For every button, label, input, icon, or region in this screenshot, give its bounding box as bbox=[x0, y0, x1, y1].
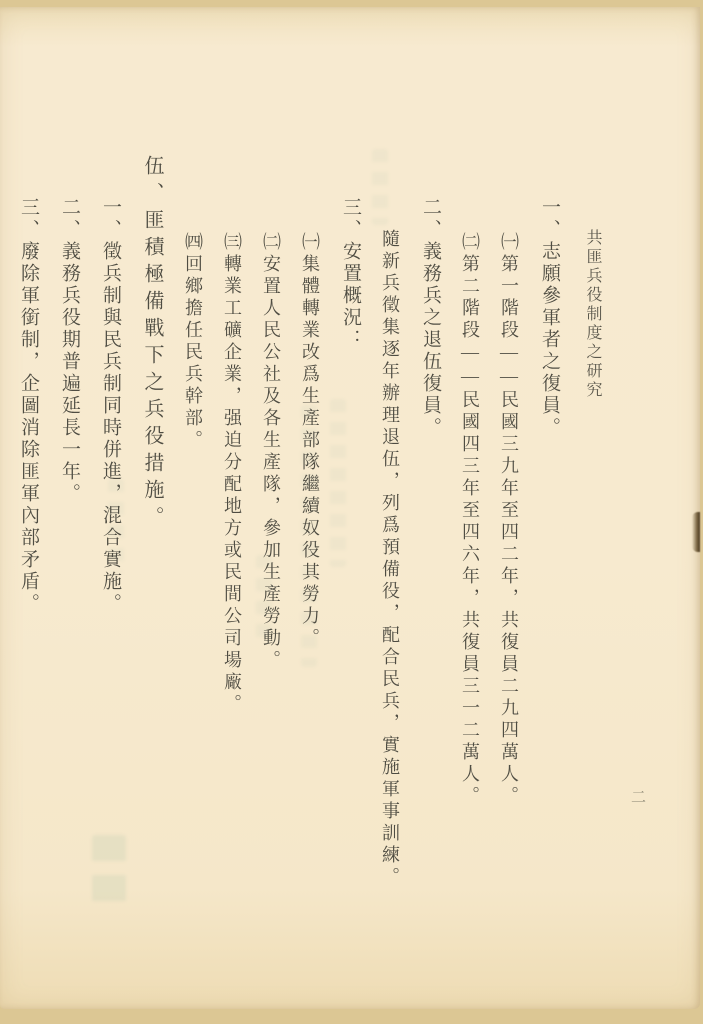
document-outline: 共匪兵役制度之研究一、志願參軍者之復員。㈠第一階段——民國三九年至四二年，共復員… bbox=[0, 155, 604, 945]
text-column-14: 三、廢除軍銜制，企圖消除匪軍內部矛盾。 bbox=[15, 155, 42, 945]
text-column-13: 二、義務兵役期普遍延長一年。 bbox=[56, 155, 83, 945]
text-column-5: 隨新兵徵集逐年辦理退伍，列爲預備役，配合民兵，實施軍事訓練。 bbox=[377, 155, 403, 945]
text-column-7: ㈠集體轉業改爲生產部隊繼續奴役其勞力。 bbox=[297, 155, 323, 945]
text-column-11: 伍、匪積極備戰下之兵役措施。 bbox=[138, 155, 167, 945]
text-column-10: ㈣回鄉擔任民兵幹部。 bbox=[180, 155, 206, 945]
scanned-document-page: { "page": { "title": "共匪兵役制度之研究", "page_… bbox=[0, 0, 703, 1024]
text-column-9: ㈢轉業工礦企業，强迫分配地方或民間公司場廠。 bbox=[219, 155, 245, 945]
text-column-2: ㈠第一階段——民國三九年至四二年，共復員二九四萬人。 bbox=[496, 155, 522, 945]
paper-sheet: 共匪兵役制度之研究一、志願參軍者之復員。㈠第一階段——民國三九年至四二年，共復員… bbox=[0, 7, 700, 1009]
text-column-4: 二、義務兵之退伍復員。 bbox=[417, 155, 444, 945]
text-column-6: 三、安置概況： bbox=[337, 155, 364, 945]
text-column-3: ㈡第二階段——民國四三年至四六年，共復員三一二萬人。 bbox=[457, 155, 483, 945]
text-column-8: ㈡安置人民公社及各生產隊，參加生產勞動。 bbox=[258, 155, 284, 945]
text-column-15: 陸、對匪兵役制之評價及我應有之對策。 bbox=[0, 155, 1, 945]
page-edge-notch bbox=[692, 512, 700, 552]
text-column-12: 一、徵兵制與民兵制同時併進，混合實施。 bbox=[97, 155, 124, 945]
page-number: 二 bbox=[627, 789, 648, 804]
text-column-1: 一、志願參軍者之復員。 bbox=[536, 155, 563, 945]
document-title-column: 共匪兵役制度之研究 bbox=[581, 155, 604, 945]
